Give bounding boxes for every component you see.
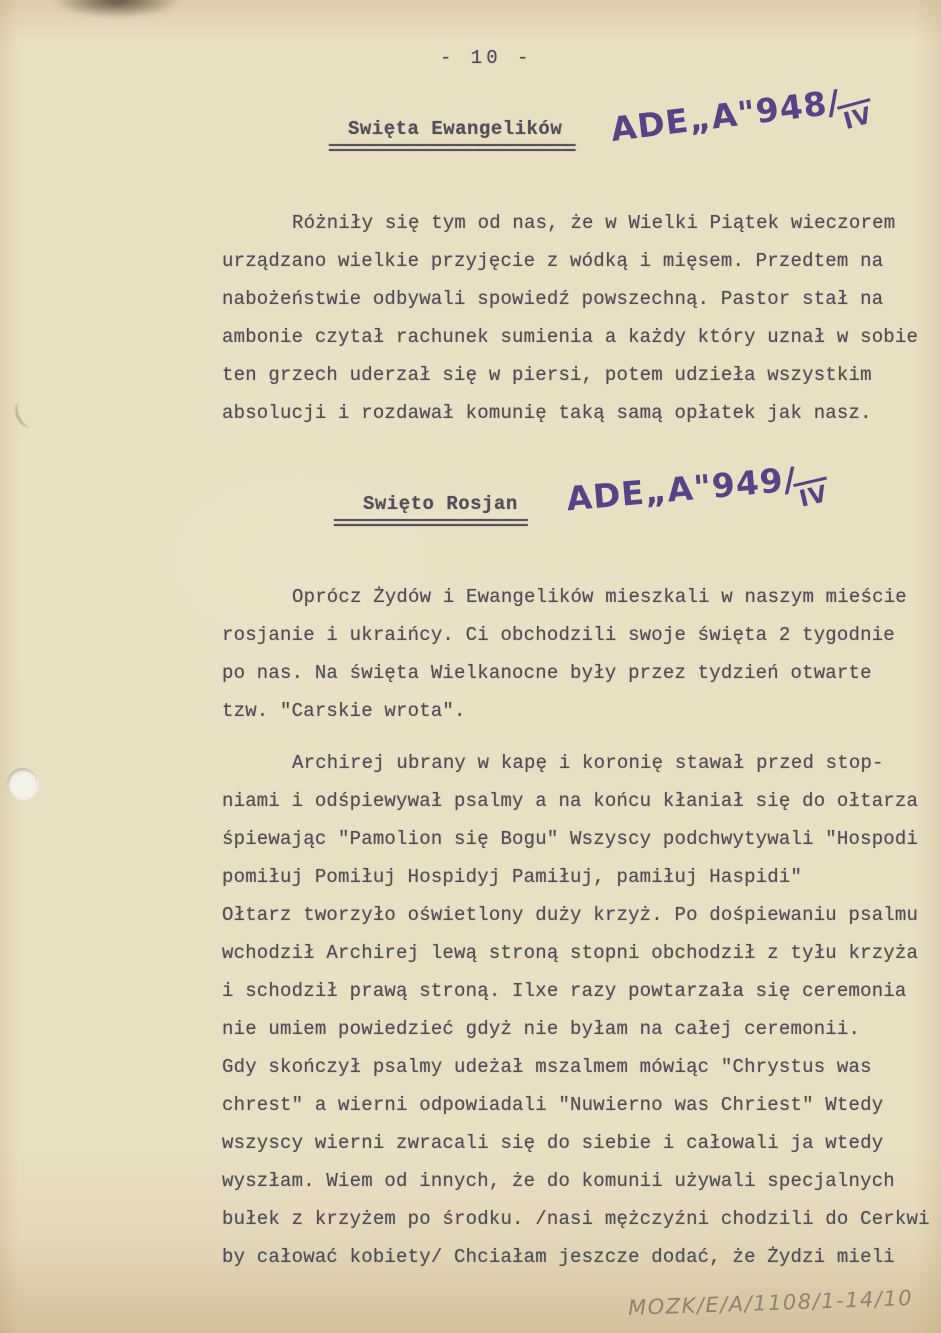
text-line: ambonie czytał rachunek sumienia a każdy… [222,325,918,349]
text-line: Gdy skończył psalmy udeżał mszalmem mówi… [222,1055,872,1079]
heading-underline-russians: ====================== [333,515,527,535]
handwritten-annotation-949: ADE„A"949/IV [565,457,831,519]
text-line: Różniły się tym od nas, że w Wielki Piąt… [292,211,895,235]
scan-smudge [52,0,182,18]
text-line: i schodził prawą stroną. Ilxe razy powta… [222,979,907,1003]
annotation-roman-numeral: IV [837,98,878,136]
text-line: niami i odśpiewywał psalmy a na końcu kł… [222,789,918,813]
text-line: rosjanie i ukraińcy. Ci obchodzili swoje… [222,623,895,647]
paper-indent-mark [11,397,40,430]
text-line: Oprócz Żydów i Ewangelików mieszkali w n… [292,585,907,609]
handwritten-annotation-948: ADE„A"948/IV [609,78,875,149]
text-line: wchodził Archirej lewą stroną stopni obc… [222,941,918,965]
scanned-page: - 10 - Swięta Ewangelików ==============… [0,0,941,1333]
text-line: absolucji i rozdawał komunię taką samą o… [222,401,872,425]
text-line: Archirej ubrany w kapę i koronię stawał … [292,751,884,775]
heading-underline-evangelicals: ============================ [328,140,574,160]
annotation-prefix: ADE„A"949/ [565,459,798,518]
archive-reference: MOZK/E/A/1108/1-14/10 [628,1286,914,1320]
text-line: by całować kobiety/ Chciałam jeszcze dod… [222,1245,895,1269]
text-line: bułek z krzyżem po środku. /nasi mężczyź… [222,1207,930,1231]
text-line: tzw. "Carskie wrota". [222,699,466,723]
text-line: pomiłuj Pomiłuj Hospidyj Pamiłuj, pamiłu… [222,865,802,889]
section-heading-russians: Swięto Rosjan [363,493,518,515]
annotation-roman-numeral: IV [793,476,833,513]
text-line: urządzano wielkie przyjęcie z wódką i mi… [222,249,883,273]
text-line: po nas. Na święta Wielkanocne były przez… [222,661,872,685]
annotation-prefix: ADE„A"948/ [609,82,843,149]
hole-punch [7,768,38,799]
text-line: ten grzech uderzał się w piersi, potem u… [222,363,872,387]
text-line: nabożeństwie odbywali spowiedź powszechn… [222,287,883,311]
text-line: nie umiem powiedzieć gdyż nie byłam na c… [222,1017,860,1041]
text-line: chrest" a wierni odpowiadali "Nuwierno w… [222,1093,883,1117]
text-line: Ołtarz tworzyło oświetlony duży krzyż. P… [222,903,918,927]
text-line: wyszłam. Wiem od innych, że do komunii u… [222,1169,895,1193]
text-line: wszyscy wierni zwracali się do siebie i … [222,1131,883,1155]
page-number: - 10 - [440,46,532,70]
section-heading-evangelicals: Swięta Ewangelików [348,118,562,140]
text-line: śpiewając "Pamolion się Bogu" Wszyscy po… [222,827,918,851]
